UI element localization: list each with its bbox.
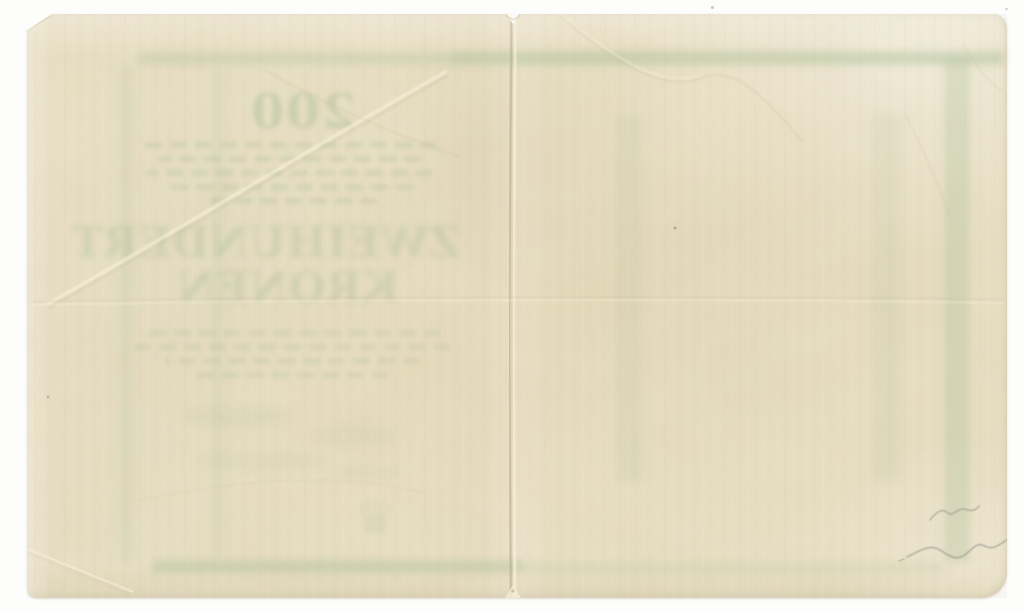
signature-showthrough-smudge	[177, 406, 292, 426]
smalltext-line	[133, 344, 451, 350]
border-showthrough-top-left	[137, 52, 449, 65]
smalltext-line	[202, 198, 378, 204]
smalltext-line	[164, 358, 420, 364]
border-showthrough-bottom	[152, 560, 525, 573]
frame-showthrough-mid-2	[873, 114, 901, 482]
denomination-showthrough-line2: KRONEN	[170, 265, 405, 311]
smalltext-line	[146, 170, 433, 176]
signature-showthrough-smudge	[312, 424, 397, 448]
frame-showthrough-mid-1	[615, 114, 643, 482]
border-showthrough-bottom-faint	[527, 562, 942, 573]
banknote-reverse: 200 ZWEIHUNDERT KRONEN ♛	[27, 14, 1007, 598]
smalltext-line	[158, 156, 421, 162]
crown-showthrough-icon: ♛	[347, 492, 403, 544]
scan-background: 200 ZWEIHUNDERT KRONEN ♛	[0, 0, 1024, 614]
border-showthrough-right	[944, 59, 970, 562]
signature-showthrough-smudge	[195, 452, 330, 470]
signature-showthrough-smudge	[332, 464, 407, 480]
smalltext-line	[166, 184, 414, 190]
smalltext-line	[143, 330, 441, 336]
numeral-200-showthrough: 200	[242, 86, 362, 138]
denomination-showthrough-line1: ZWEIHUNDERT	[105, 220, 460, 266]
smalltext-line	[142, 142, 437, 148]
smalltext-line	[195, 372, 389, 378]
smalltext-showthrough-lower	[127, 330, 457, 386]
scan-dust-speck	[711, 6, 714, 9]
border-showthrough-left-1	[119, 64, 134, 562]
scan-dust-speck	[1005, 8, 1008, 10]
smalltext-showthrough-upper	[122, 142, 457, 212]
border-showthrough-top-right	[449, 51, 1005, 65]
